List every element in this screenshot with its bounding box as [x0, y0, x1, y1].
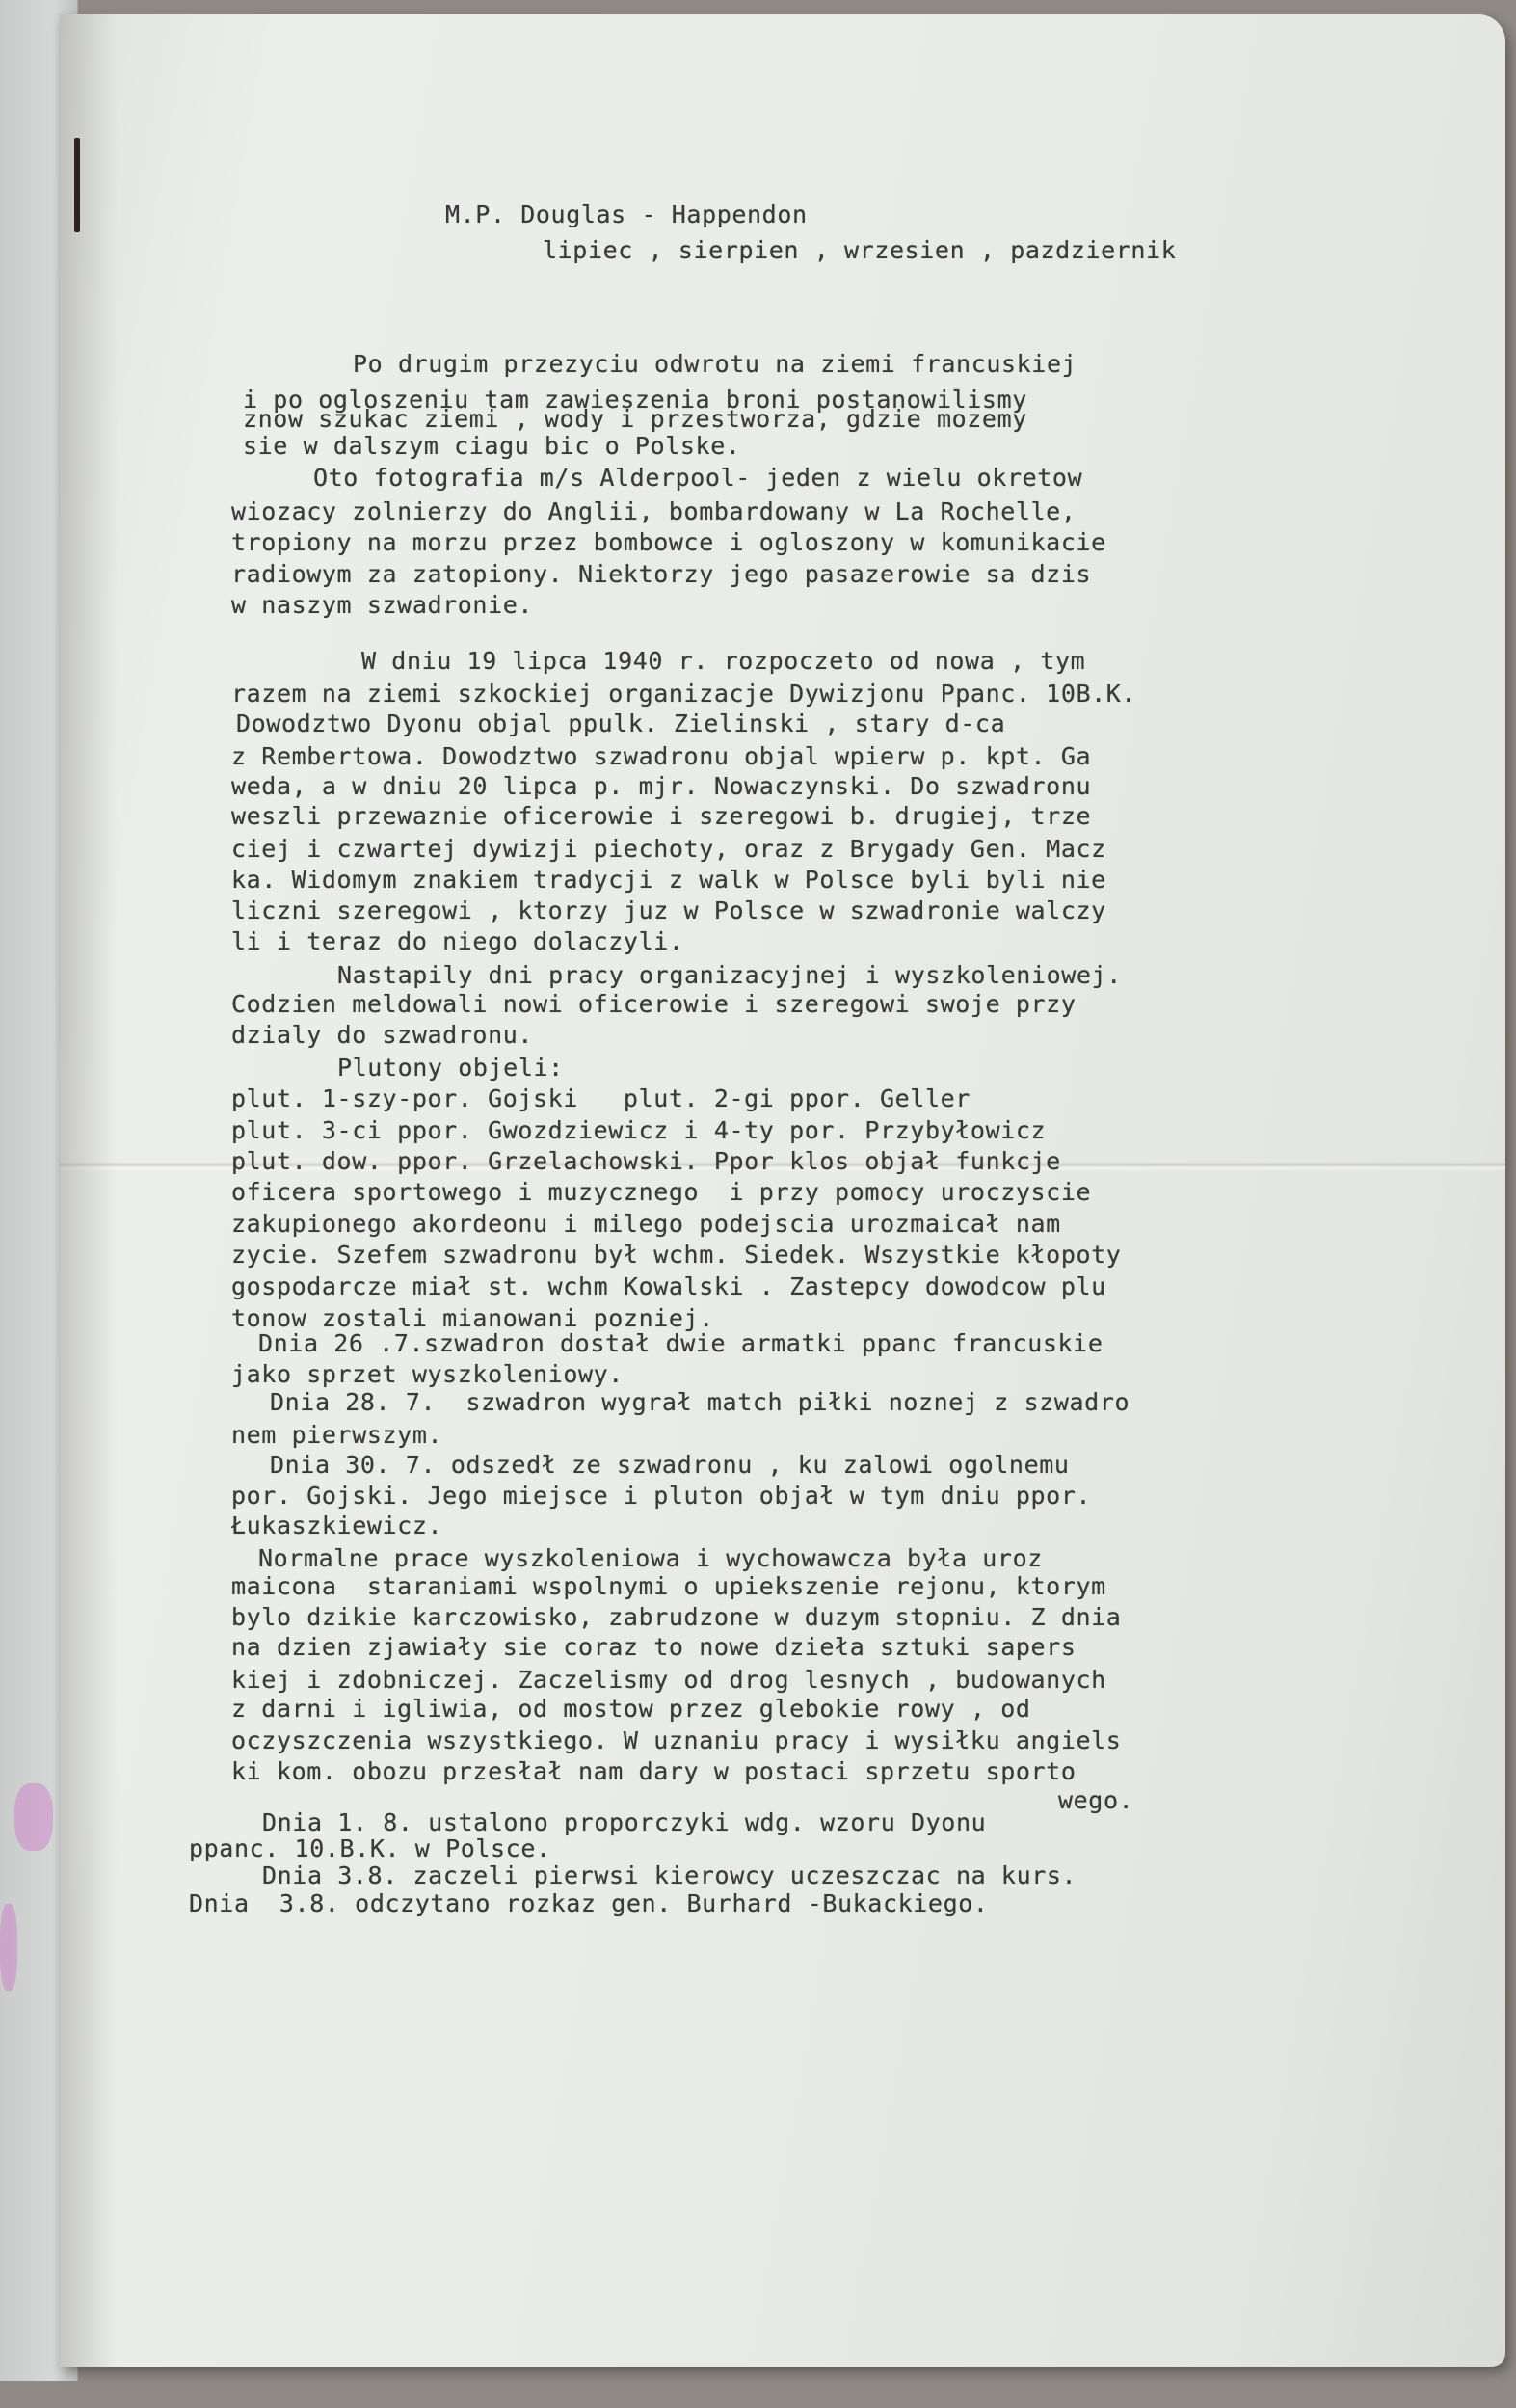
pink-ink-stain: [0, 1904, 17, 1991]
text-line: dzialy do szwadronu.: [231, 1021, 533, 1049]
text-line: Codzien meldowali nowi oficerowie i szer…: [231, 990, 1076, 1018]
text-line: z darni i igliwia, od mostow przez glebo…: [231, 1695, 1031, 1723]
text-line: kiej i zdobniczej. Zaczelismy od drog le…: [231, 1666, 1106, 1694]
text-line: znow szukac ziemi , wody i przestworza, …: [243, 405, 1027, 433]
text-line: maicona staraniami wspolnymi o upiekszen…: [231, 1572, 1106, 1600]
text-line: ki kom. obozu przesłał nam dary w postac…: [231, 1757, 1076, 1785]
text-line: zycie. Szefem szwadronu był wchm. Siedek…: [231, 1241, 1121, 1269]
text-line: Plutony objeli:: [337, 1054, 564, 1082]
text-line: tonow zostali mianowani pozniej.: [231, 1304, 714, 1332]
text-line: ciej i czwartej dywizji piechoty, oraz z…: [231, 835, 1106, 863]
text-line: Dnia 3.8. zaczeli pierwsi kierowcy uczes…: [262, 1861, 1077, 1889]
text-line: tropiony na morzu przez bombowce i oglos…: [231, 528, 1106, 556]
text-line: plut. 1-szy-por. Gojski plut. 2-gi ppor.…: [231, 1084, 971, 1112]
text-line: Dnia 26 .7.szwadron dostał dwie armatki …: [258, 1329, 1103, 1357]
text-line: oficera sportowego i muzycznego i przy p…: [231, 1178, 1091, 1206]
text-line: weda, a w dniu 20 lipca p. mjr. Nowaczyn…: [231, 772, 1091, 800]
text-line: gospodarcze miał st. wchm Kowalski . Zas…: [231, 1272, 1106, 1300]
document-title: M.P. Douglas - Happendon: [445, 201, 808, 228]
text-line: Normalne prace wyszkoleniowa i wychowawc…: [258, 1544, 1043, 1572]
text-line: ppanc. 10.B.K. w Polsce.: [189, 1834, 551, 1862]
text-line: sie w dalszym ciagu bic o Polske.: [243, 432, 741, 460]
text-line: wiozacy zolnierzy do Anglii, bombardowan…: [231, 497, 1076, 525]
staple-icon: [74, 138, 80, 232]
text-line: W dniu 19 lipca 1940 r. rozpoczeto od no…: [361, 647, 1085, 675]
pink-ink-stain: [14, 1783, 53, 1851]
text-line: wego.: [1058, 1786, 1133, 1814]
typed-text-block: M.P. Douglas - Happendon lipiec , sierpi…: [0, 0, 30, 140]
text-line: razem na ziemi szkockiej organizacje Dyw…: [231, 680, 1136, 708]
text-line: plut. 3-ci ppor. Gwozdziewicz i 4-ty por…: [231, 1116, 1046, 1144]
text-line: bylo dzikie karczowisko, zabrudzone w du…: [231, 1603, 1121, 1631]
text-line: jako sprzet wyszkoleniowy.: [231, 1360, 624, 1388]
text-line: Po drugim przezyciu odwrotu na ziemi fra…: [353, 350, 1077, 378]
text-line: Dnia 28. 7. szwadron wygrał match piłki …: [270, 1388, 1130, 1416]
text-line: Nastapily dni pracy organizacyjnej i wys…: [337, 961, 1122, 989]
text-line: nem pierwszym.: [231, 1421, 442, 1449]
text-line: zakupionego akordeonu i milego podejscia…: [231, 1210, 1061, 1238]
text-line: Dnia 1. 8. ustalono proporczyki wdg. wzo…: [262, 1808, 986, 1836]
text-line: w naszym szwadronie.: [231, 591, 533, 619]
text-line: Dnia 3.8. odczytano rozkaz gen. Burhard …: [189, 1889, 989, 1917]
text-line: li i teraz do niego dolaczyli.: [231, 927, 684, 955]
text-line: por. Gojski. Jego miejsce i pluton objał…: [231, 1482, 1091, 1510]
text-line: Oto fotografia m/s Alderpool- jeden z wi…: [313, 464, 1082, 492]
document-months: lipiec , sierpien , wrzesien , pazdziern…: [543, 236, 1176, 264]
text-line: Łukaszkiewicz.: [231, 1512, 442, 1539]
text-line: Dowodztwo Dyonu objal ppulk. Zielinski ,…: [236, 709, 1005, 737]
text-line: plut. dow. ppor. Grzelachowski. Ppor klo…: [231, 1147, 1061, 1175]
text-line: z Rembertowa. Dowodztwo szwadronu objal …: [231, 742, 1091, 770]
text-line: oczyszczenia wszystkiego. W uznaniu prac…: [231, 1726, 1121, 1754]
text-line: ka. Widomym znakiem tradycji z walk w Po…: [231, 866, 1106, 894]
text-line: Dnia 30. 7. odszedł ze szwadronu , ku za…: [270, 1451, 1070, 1479]
text-line: liczni szeregowi , ktorzy juz w Polsce w…: [231, 896, 1106, 924]
text-line: weszli przewaznie oficerowie i szeregowi…: [231, 802, 1091, 830]
text-line: na dzien zjawiały sie coraz to nowe dzie…: [231, 1633, 1076, 1661]
binding-shadow: [60, 14, 118, 2367]
text-line: radiowym za zatopiony. Niektorzy jego pa…: [231, 560, 1091, 588]
